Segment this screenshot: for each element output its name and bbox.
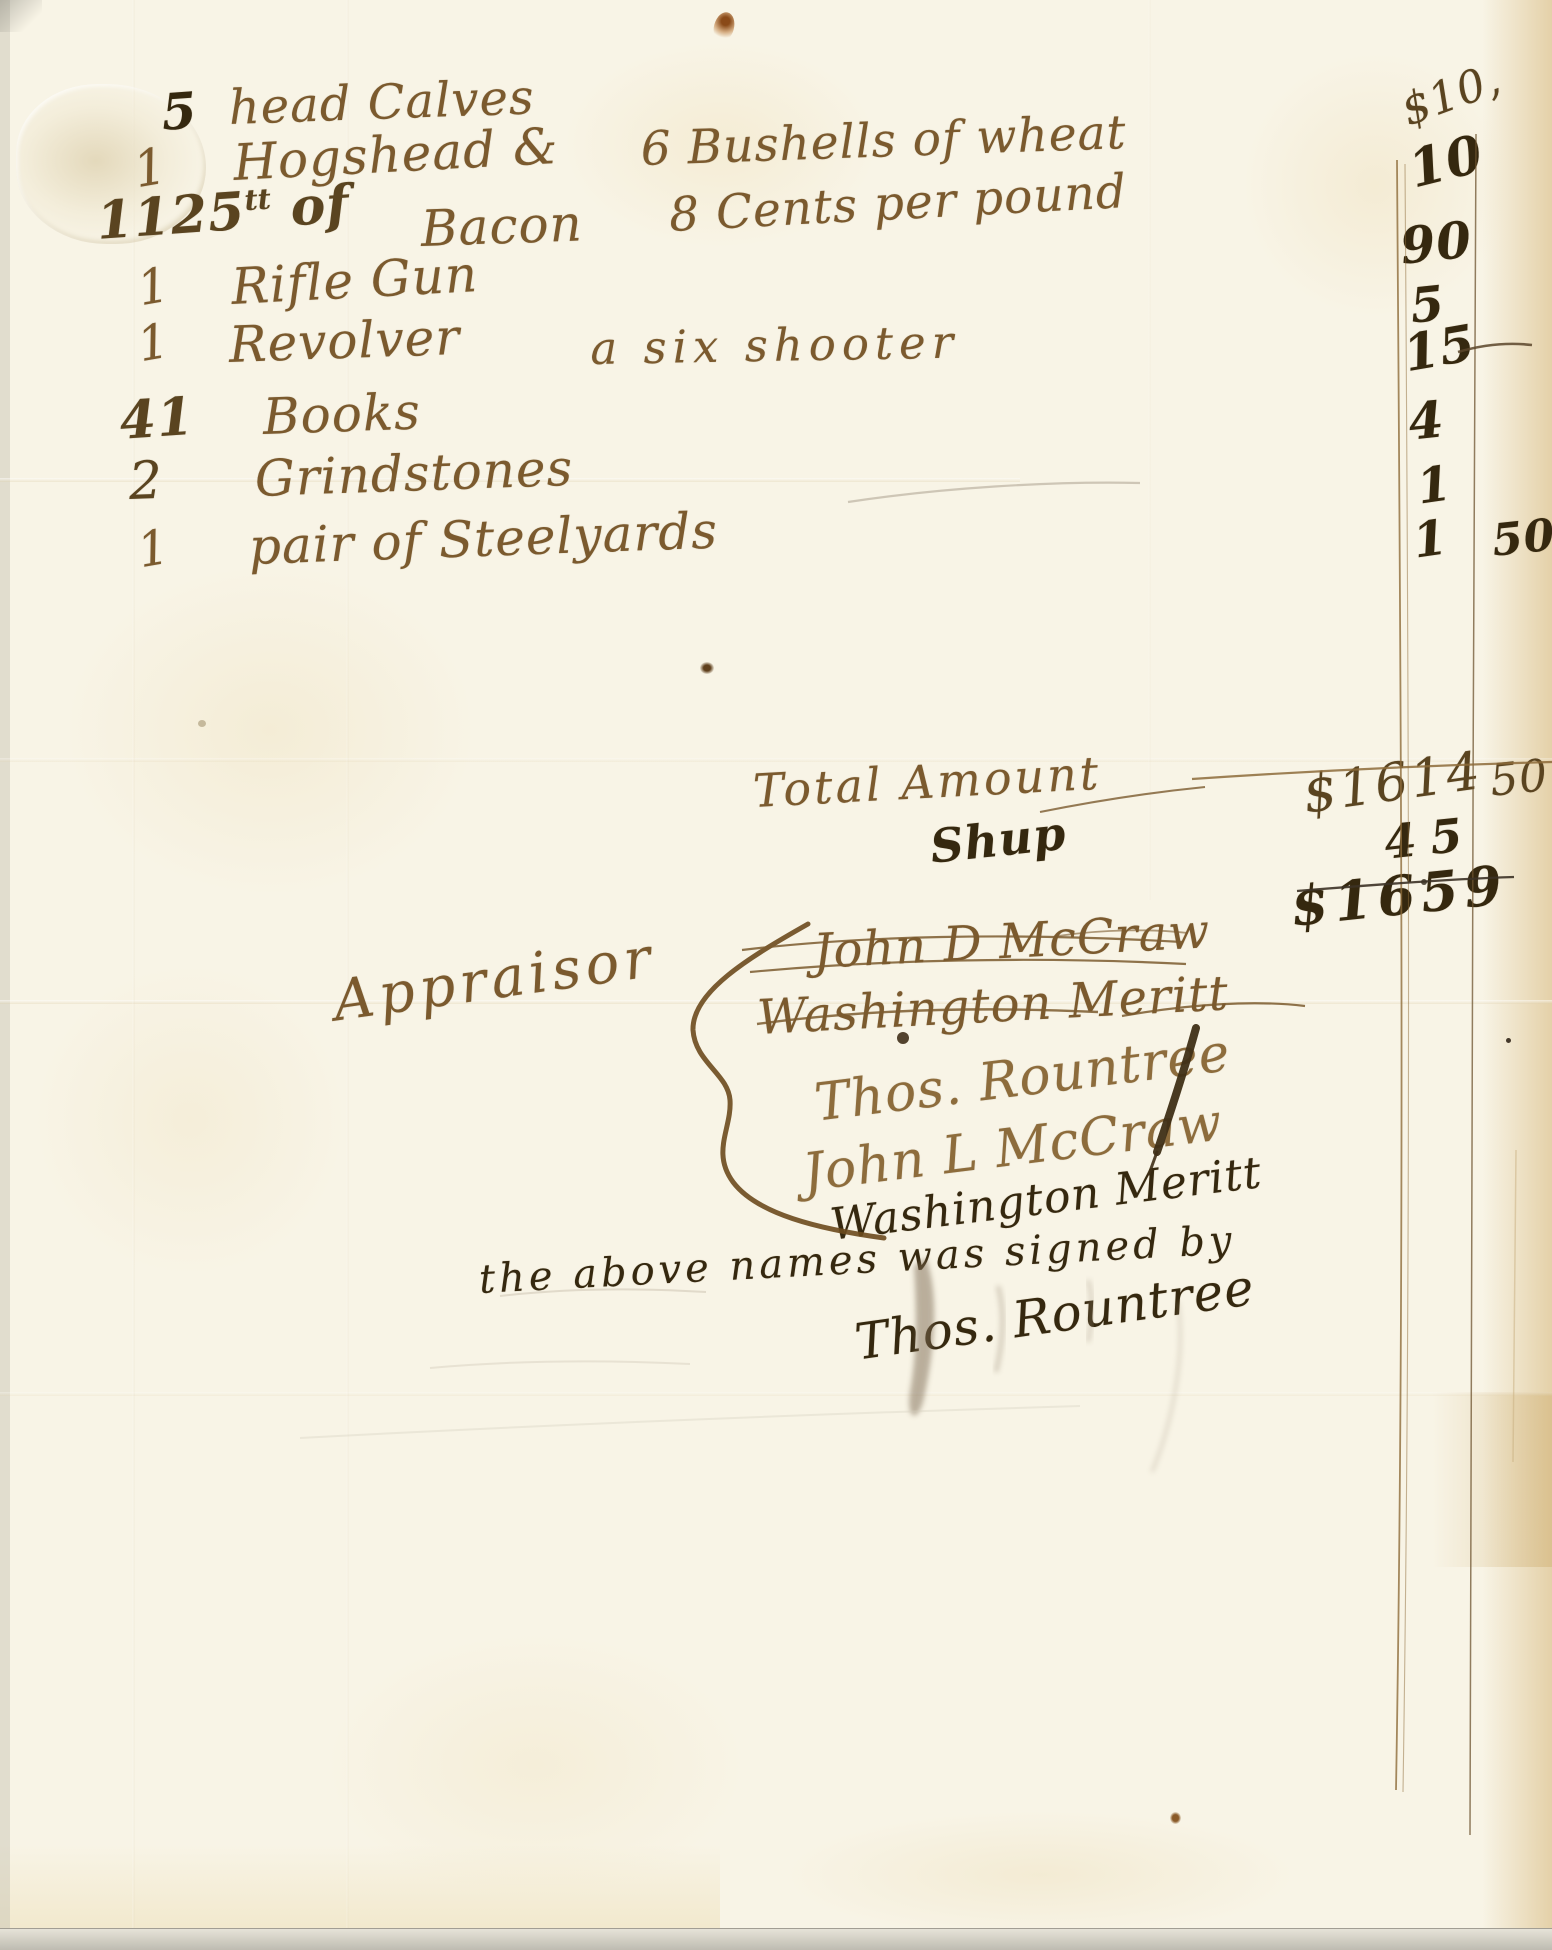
- ink-blot: [700, 662, 714, 674]
- foxing-spot: [710, 10, 737, 44]
- item-desc: 6 Bushells of wheat: [640, 109, 1127, 173]
- item-price: 1: [1410, 513, 1451, 565]
- pencil-mark: [848, 483, 1140, 502]
- item-qty: 41: [118, 391, 196, 448]
- total-cents: 50: [1488, 754, 1550, 804]
- item-price: 90: [1398, 215, 1474, 272]
- ghost-streak: [300, 1406, 1080, 1438]
- item-qty: 1125tt of: [95, 178, 351, 248]
- item-price: 10: [1404, 128, 1489, 196]
- item-desc: Grindstones: [254, 443, 574, 504]
- paper-stain-right-mid: [1432, 1392, 1552, 1567]
- item-desc: 8 Cents per pound: [668, 168, 1128, 239]
- fold-crease: [0, 1392, 1552, 1396]
- ink-spot: [1170, 1812, 1181, 1824]
- item-price: 4: [1406, 394, 1447, 447]
- item-desc: Bacon: [420, 198, 584, 254]
- paper-stain-top-left-corner: [0, 0, 42, 32]
- item-qty: 1: [134, 523, 173, 576]
- scan-edge-bottom: [0, 1928, 1552, 1950]
- column-rule-left: [1396, 160, 1402, 1790]
- paper-stain: [30, 960, 350, 1280]
- fold-crease-vertical: [132, 0, 135, 1950]
- addition-label: Shup: [928, 810, 1068, 870]
- document-page: 5 head Calves $10, 1 Hogshead & 6 Bushel…: [0, 0, 1552, 1950]
- grand-total: $1659: [1288, 857, 1510, 933]
- fold-crease: [0, 758, 1552, 762]
- ghost-streak: [430, 1361, 690, 1368]
- paper-stain-bottom-left: [0, 1845, 720, 1930]
- item-price: 15: [1400, 318, 1479, 380]
- item-desc: Revolver: [228, 312, 461, 370]
- paper-stain-left-edge: [0, 0, 10, 1950]
- item-desc: a six shooter: [590, 320, 960, 371]
- crease-line-right: [1513, 1150, 1516, 1462]
- paper-stain-right-edge: [1482, 0, 1552, 1950]
- pound-unit: tt: [243, 181, 272, 217]
- item-desc: Books: [262, 386, 422, 441]
- total-label: Total Amount: [752, 750, 1102, 814]
- item-price: 1: [1414, 459, 1455, 511]
- item-desc: Rifle Gun: [230, 249, 479, 312]
- item-qty: 1: [134, 317, 173, 370]
- paper-stain: [320, 1630, 750, 1900]
- column-rule-right: [1470, 134, 1476, 1835]
- paper-speck: [198, 720, 206, 727]
- paper-stain: [60, 560, 480, 900]
- appraiser-heading: Appraisor: [330, 930, 659, 1031]
- item-qty: 1: [134, 261, 173, 314]
- ink-speck: [1506, 1038, 1511, 1043]
- item-qty: 5: [160, 86, 199, 138]
- paper-stain: [780, 1810, 1300, 1940]
- item-desc: pair of Steelyards: [248, 506, 719, 572]
- item-price: $10,: [1396, 57, 1507, 133]
- item-price-cents: 50: [1490, 513, 1552, 563]
- item-qty: 2: [128, 455, 164, 508]
- appraiser-name-struck: John D McCraw: [812, 907, 1211, 976]
- fold-crease-vertical: [1148, 0, 1151, 900]
